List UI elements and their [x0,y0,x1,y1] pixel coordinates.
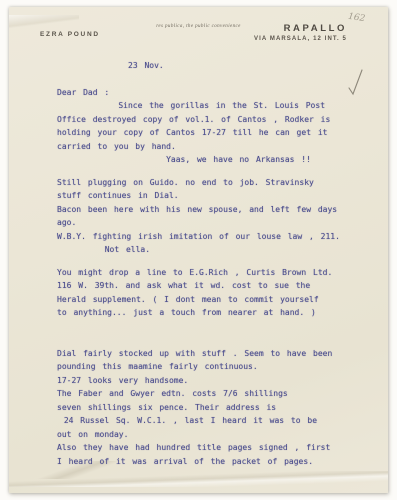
letterhead-sender-name: EZRA POUND [40,31,100,38]
letter-line: Still plugging on Guido. no end to job. … [57,176,377,190]
letterhead-address-block: RAPALLO VIA MARSALA, 12 INT. 5 [254,23,347,42]
letter-line: pounding this maamine fairly continuous. [57,360,377,374]
paper-crease-top-left [9,15,79,29]
letter-line [57,329,377,338]
letter-line: Dear Dad : [57,86,377,100]
letter-line [57,257,377,266]
letter-line: Bacon been here with his new spouse, and… [57,203,377,217]
letter-lines: Dear Dad : Since the gorillas in the St.… [57,86,377,469]
letter-line: holding your copy of Cantos 17-27 till h… [57,126,377,140]
letter-line: Office destroyed copy of vol.1. of Canto… [57,113,377,127]
letter-line: Herald supplement. ( I dont mean to comm… [57,293,377,307]
letter-line: seven shillings six pence. Their address… [57,401,377,415]
letter-body: 23 Nov. Dear Dad : Since the gorillas in… [57,59,377,468]
letter-line: Since the gorillas in the St. Louis Post [57,99,377,113]
letter-line: I heard of it was arrival of the packet … [57,455,377,469]
letter-line: Dial fairly stocked up with stuff . Seem… [57,347,377,361]
letter-paper: res publica, the public convenience EZRA… [9,7,388,493]
paper-crease-bottom [9,471,388,487]
letter-line: The Faber and Gwyer edtn. costs 7/6 shil… [57,387,377,401]
letter-line: carried to you by hand. [57,140,377,154]
letter-line: Yaas, we have no Arkansas !! [57,153,377,167]
letter-line: You might drop a line to E.G.Rich , Curt… [57,266,377,280]
letter-line [57,338,377,347]
letter-line: 17-27 looks very handsome. [57,374,377,388]
letter-line: ago. [57,216,377,230]
letter-line [57,320,377,329]
letter-line: Not ella. [57,243,377,257]
letter-line: 116 W. 39th. and ask what it wd. cost to… [57,279,377,293]
letter-line: W.B.Y. fighting irish imitation of our l… [57,230,377,244]
letterhead-city: RAPALLO [254,23,347,34]
letter-date: 23 Nov. [57,59,377,73]
letter-line: to anything... just a touch from nearer … [57,306,377,320]
letterhead-motto: res publica, the public convenience [156,24,240,29]
letterhead-street-address: VIA MARSALA, 12 INT. 5 [254,36,347,42]
pencil-page-number: 162 [347,12,365,24]
letter-line: out on monday. [57,428,377,442]
letter-line: stuff continues in Dial. [57,189,377,203]
letter-line: 24 Russel Sq. W.C.1. , last I heard it w… [57,414,377,428]
letter-line [57,167,377,176]
letter-line: Also they have had hundred title pages s… [57,441,377,455]
scan-background: { "scan": { "pencil_number": "162" }, "l… [0,0,397,500]
